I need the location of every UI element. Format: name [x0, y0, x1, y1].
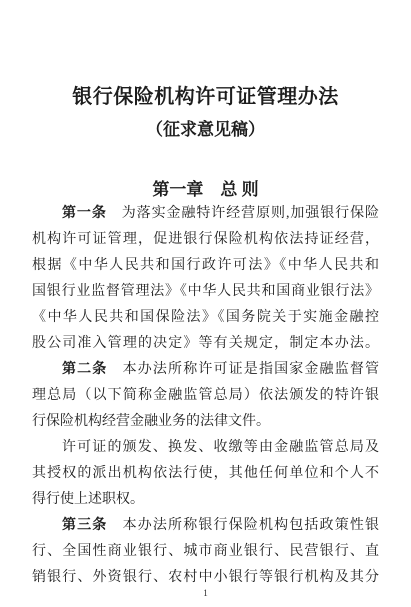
- document-page: 银行保险机构许可证管理办法 （征求意见稿） 第一章 总 则 第一条 为落实金融特…: [0, 0, 411, 607]
- text-line: 许可证的颁发、换发、收缴等由金融监管总局及: [32, 435, 379, 461]
- page-number: 1: [0, 588, 411, 598]
- text-segment: 行、全国性商业银行、城市商业银行、民营银行、直: [32, 544, 379, 559]
- text-segment: 为落实金融特许经营原则,加强银行保险: [107, 206, 379, 221]
- text-segment: 其授权的派出机构依法行使，其他任何单位和个人不: [32, 466, 379, 481]
- text-line: 《中华人民共和国保险法》《国务院关于实施金融控: [32, 305, 379, 331]
- text-segment: 机构许可证管理，促进银行保险机构依法持证经营，: [32, 232, 379, 247]
- document-subtitle: （征求意见稿）: [0, 115, 411, 140]
- article-number: 第二条: [62, 362, 107, 377]
- text-segment: 本办法所称许可证是指国家金融监督管: [107, 362, 379, 377]
- document-body: 第一条 为落实金融特许经营原则,加强银行保险机构许可证管理，促进银行保险机构依法…: [32, 201, 379, 591]
- text-line: 国银行业监督管理法》《中华人民共和国商业银行法》: [32, 279, 379, 305]
- article-number: 第三条: [62, 518, 107, 533]
- text-line: 其授权的派出机构依法行使，其他任何单位和个人不: [32, 461, 379, 487]
- text-line: 根据《中华人民共和国行政许可法》《中华人民共和: [32, 253, 379, 279]
- text-segment: 根据《中华人民共和国行政许可法》《中华人民共和: [32, 258, 379, 273]
- article-number: 第一条: [62, 206, 107, 221]
- document-title: 银行保险机构许可证管理办法: [0, 80, 411, 109]
- text-line: 得行使上述职权。: [32, 487, 379, 513]
- text-line: 行、全国性商业银行、城市商业银行、民营银行、直: [32, 539, 379, 565]
- text-segment: 股公司准入管理的决定》等有关规定，制定本办法。: [32, 336, 379, 351]
- text-line: 理总局（以下简称金融监管总局）依法颁发的特许银: [32, 383, 379, 409]
- text-line: 第二条 本办法所称许可证是指国家金融监督管: [32, 357, 379, 383]
- text-segment: 销银行、外资银行、农村中小银行等银行机构及其分: [32, 570, 379, 585]
- text-line: 行保险机构经营金融业务的法律文件。: [32, 409, 379, 435]
- text-segment: 《中华人民共和国保险法》《国务院关于实施金融控: [32, 310, 379, 325]
- text-line: 股公司准入管理的决定》等有关规定，制定本办法。: [32, 331, 379, 357]
- text-line: 机构许可证管理，促进银行保险机构依法持证经营，: [32, 227, 379, 253]
- text-segment: 行保险机构经营金融业务的法律文件。: [32, 414, 270, 429]
- text-segment: 国银行业监督管理法》《中华人民共和国商业银行法》: [32, 284, 379, 299]
- chapter-heading: 第一章 总 则: [0, 175, 411, 200]
- text-line: 第一条 为落实金融特许经营原则,加强银行保险: [32, 201, 379, 227]
- text-segment: 得行使上述职权。: [32, 492, 144, 507]
- text-segment: 本办法所称银行保险机构包括政策性银: [107, 518, 379, 533]
- text-segment: 许可证的颁发、换发、收缴等由金融监管总局及: [62, 440, 379, 455]
- text-segment: 理总局（以下简称金融监管总局）依法颁发的特许银: [32, 388, 379, 403]
- text-line: 第三条 本办法所称银行保险机构包括政策性银: [32, 513, 379, 539]
